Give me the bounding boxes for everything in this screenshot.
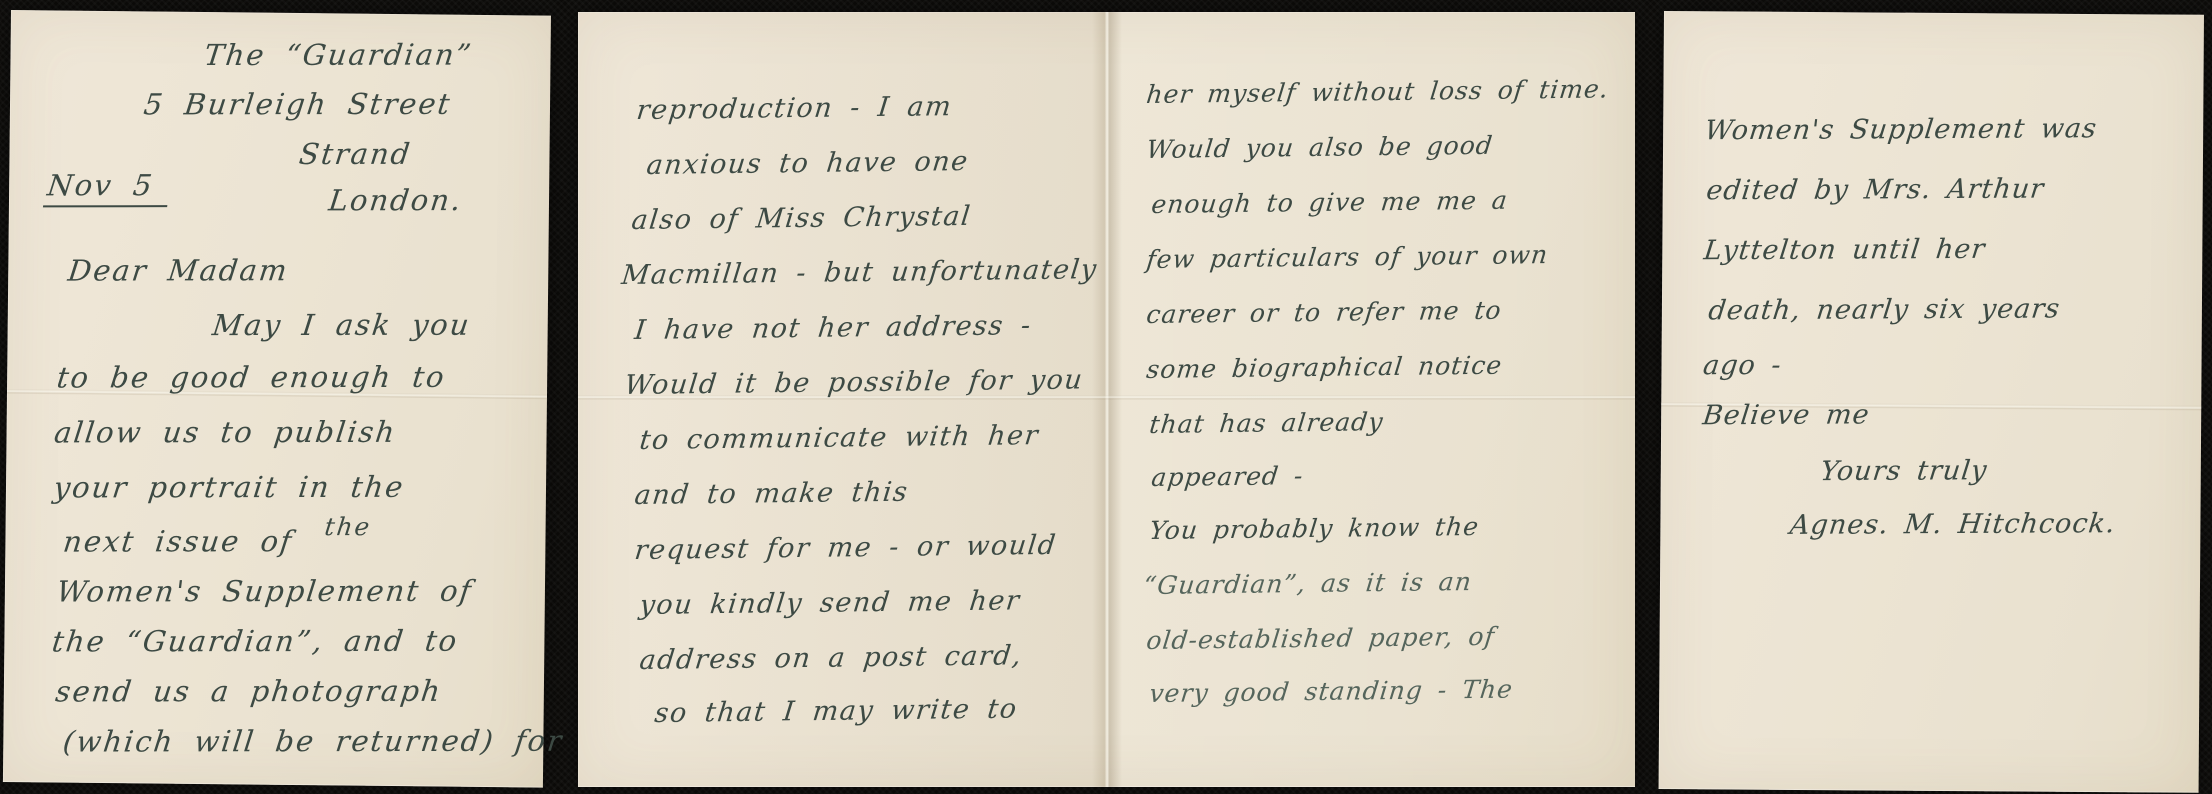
handwritten-line: You probably know the	[1148, 512, 1481, 545]
handwritten-line: Women's Supplement of	[55, 574, 475, 609]
handwritten-line: some biographical notice	[1145, 351, 1504, 384]
handwritten-line: allow us to publish	[52, 415, 398, 450]
signature-line: Agnes. M. Hitchcock.	[1788, 508, 2117, 541]
handwritten-line: Macmillan - but unfortunately	[620, 254, 1099, 291]
page-2-text: reproduction - I am anxious to have one …	[578, 12, 1107, 787]
handwritten-line: the “Guardian”, and to	[50, 624, 460, 659]
handwritten-line: very good standing - The	[1148, 675, 1515, 708]
handwritten-line: anxious to have one	[645, 146, 970, 181]
handwritten-line: next issue ofthe	[61, 524, 371, 558]
handwritten-line: ago -	[1701, 350, 1783, 381]
handwritten-line: you kindly send me her	[638, 585, 1022, 621]
handwritten-line: reproduction - I am	[635, 91, 954, 126]
handwritten-line: to communicate with her	[638, 420, 1041, 456]
handwritten-line: also of Miss Chrystal	[630, 201, 973, 236]
handwritten-line: Believe me	[1701, 399, 1871, 431]
sheet-page-4: Women's Supplement was edited by Mrs. Ar…	[1659, 11, 2204, 793]
handwritten-line: request for me - or would	[633, 530, 1058, 566]
handwritten-line: I have not her address -	[633, 310, 1033, 346]
handwritten-line: her myself without loss of time.	[1145, 74, 1610, 109]
handwritten-line: death, nearly six years	[1707, 293, 2062, 326]
handwritten-line: edited by Mrs. Arthur	[1705, 174, 2046, 207]
handwritten-line: few particulars of your own	[1145, 240, 1550, 274]
handwritten-line: Lyttelton until her	[1702, 234, 1987, 266]
letterhead-line: London.	[327, 183, 465, 217]
handwritten-line: Women's Supplement was	[1703, 113, 2099, 146]
handwritten-line: send us a photograph	[54, 674, 444, 709]
handwritten-line: address on a post card,	[638, 640, 1024, 676]
letterhead-line: Strand	[297, 137, 413, 171]
handwritten-line: “Guardian”, as it is an	[1142, 567, 1474, 600]
handwritten-line: appeared -	[1150, 461, 1305, 492]
handwritten-line: your portrait in the	[52, 470, 407, 505]
handwritten-line: to be good enough to	[55, 360, 448, 395]
handwritten-line: (which will be returned) for	[61, 724, 565, 759]
handwritten-line: that has already	[1148, 407, 1385, 439]
handwritten-line: career or to refer me to	[1145, 296, 1503, 329]
handwritten-line: Would it be possible for you	[623, 364, 1085, 401]
handwritten-line: Would you also be good	[1145, 131, 1495, 164]
inserted-word: the	[323, 512, 373, 541]
date-line: Nov 5	[43, 168, 172, 207]
salutation-line: Dear Madam	[66, 253, 291, 287]
letterhead-line: The “Guardian”	[202, 38, 474, 72]
handwritten-line: and to make this	[633, 477, 910, 511]
page-3-text: her myself without loss of time. Would y…	[1107, 12, 1635, 787]
sheet-spread-pages-2-3: reproduction - I am anxious to have one …	[578, 12, 1635, 787]
handwritten-line: old-established paper, of	[1145, 622, 1497, 655]
handwritten-line: enough to give me me a	[1150, 186, 1510, 219]
handwritten-line: May I ask you	[211, 308, 473, 342]
sheet-page-1: The “Guardian” 5 Burleigh Street Strand …	[3, 10, 551, 788]
closing-line: Yours truly	[1819, 455, 1989, 487]
letterhead-line: 5 Burleigh Street	[142, 87, 454, 121]
letter-scan: The “Guardian” 5 Burleigh Street Strand …	[0, 0, 2212, 794]
handwritten-line: so that I may write to	[653, 694, 1019, 729]
handwritten-text: next issue of	[61, 524, 295, 558]
